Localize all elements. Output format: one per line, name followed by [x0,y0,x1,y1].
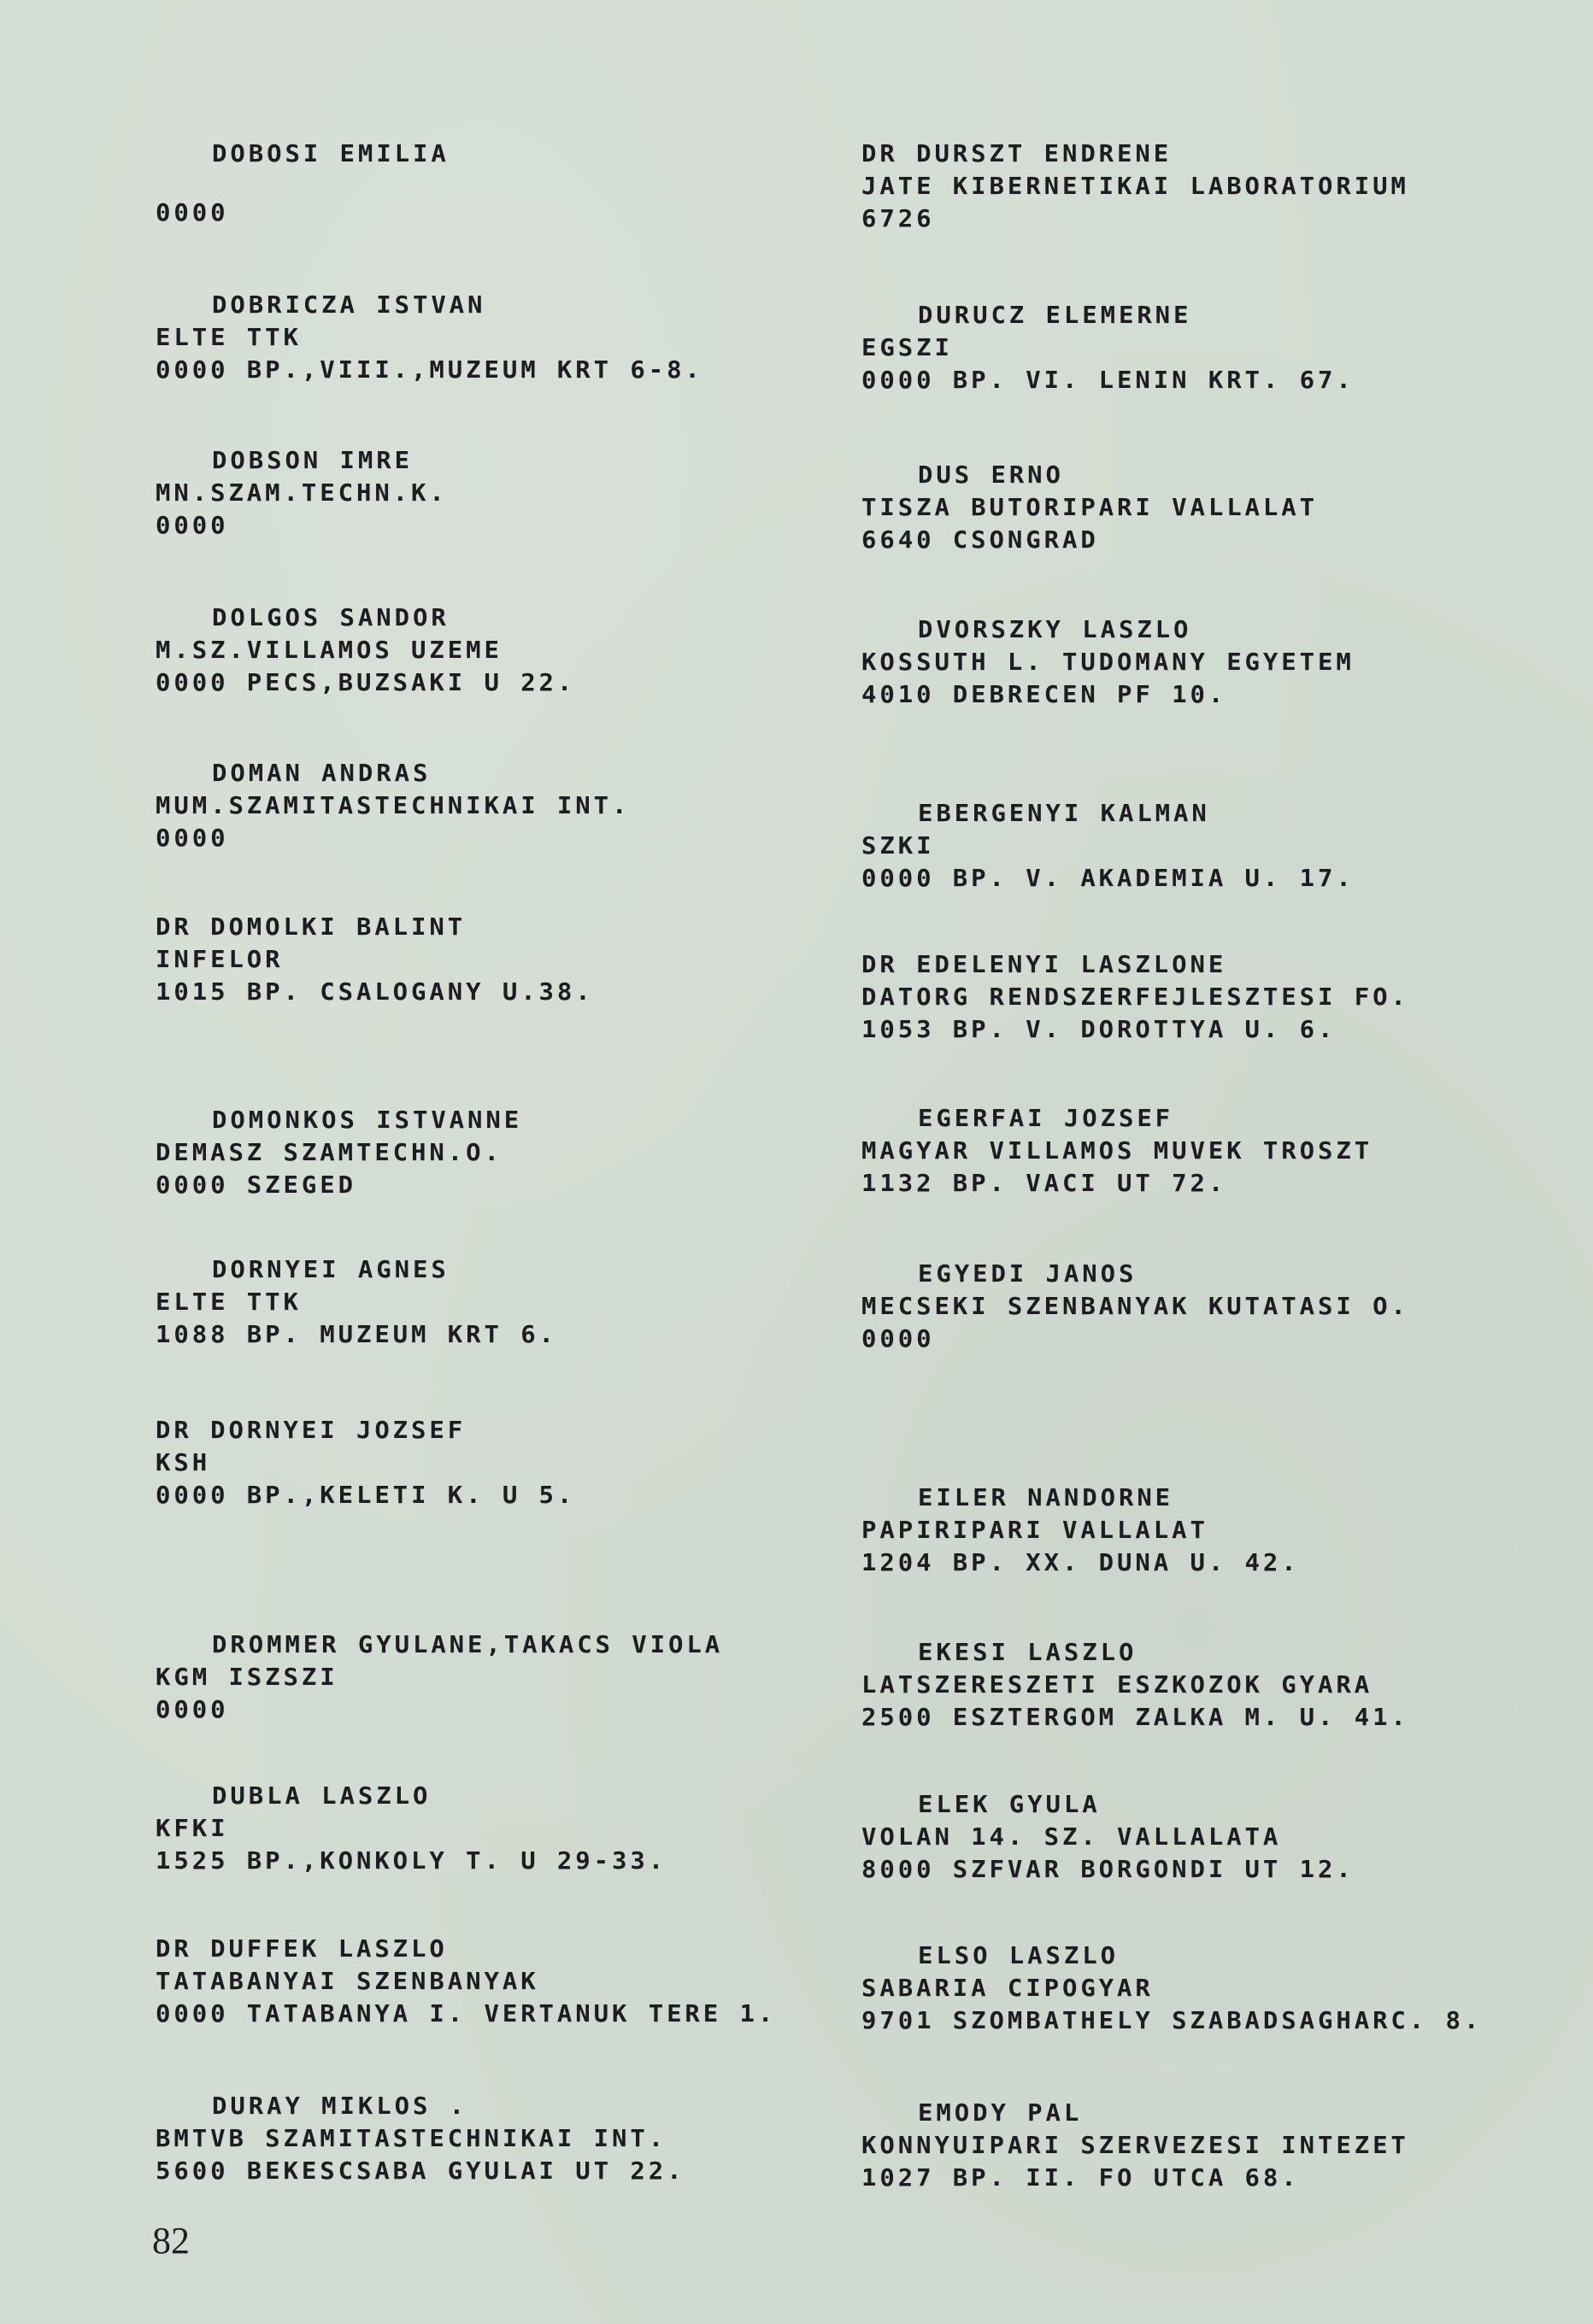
entry-name: DUBLA LASZLO [212,1784,431,1808]
entry-organization: ELTE TTK [156,326,302,349]
entry-address: 9701 SZOMBATHELY SZABADSAGHARC. 8. [861,2009,1482,2033]
entry-address: 0000 [861,1327,934,1351]
entry-name: DOMAN ANDRAS [212,761,431,785]
entry-name: DORNYEI AGNES [212,1258,450,1282]
entry-address: 0000 TATABANYA I. VERTANUK TERE 1. [156,2002,776,2026]
entry-address: 1027 BP. II. FO UTCA 68. [861,2166,1300,2190]
entry-address: 1015 BP. CSALOGANY U.38. [156,980,594,1004]
entry-name: DURAY MIKLOS . [212,2094,467,2118]
entry-address: 0000 [156,1698,228,1722]
entry-address: 1204 BP. XX. DUNA U. 42. [861,1551,1300,1575]
entry-organization: MUM.SZAMITASTECHNIKAI INT. [156,794,630,818]
entry-name: DR DUFFEK LASZLO [156,1937,448,1961]
entry-organization: DEMASZ SZAMTECHN.O. [156,1141,503,1165]
entry-address: 5600 BEKESCSABA GYULAI UT 22. [156,2159,685,2183]
entry-address: 0000 [156,514,228,537]
entry-name: DURUCZ ELEMERNE [918,303,1191,327]
entry-organization: TISZA BUTORIPARI VALLALAT [861,496,1318,519]
entry-name: DVORSZKY LASZLO [918,618,1191,642]
entry-organization: TATABANYAI SZENBANYAK [156,1969,539,1993]
entry-organization: EGSZI [861,336,953,360]
entry-address: 1088 BP. MUZEUM KRT 6. [156,1323,557,1347]
entry-organization: PAPIRIPARI VALLALAT [861,1518,1208,1542]
entry-organization: KGM ISZSZI [156,1665,338,1689]
entry-address: 0000 PECS,BUZSAKI U 22. [156,671,575,695]
entry-address: 6640 CSONGRAD [861,528,1099,552]
entry-organization: KFKI [156,1816,228,1840]
entry-address: 2500 ESZTERGOM ZALKA M. U. 41. [861,1705,1409,1729]
entry-address: 6726 [861,207,934,231]
entry-address: 1525 BP.,KONKOLY T. U 29-33. [156,1849,667,1873]
entry-organization: INFELOR [156,948,284,971]
entry-name: DOLGOS SANDOR [212,606,450,630]
entry-address: 0000 BP.,KELETI K. U 5. [156,1483,575,1507]
entry-name: DR EDELENYI LASZLONE [861,953,1226,977]
entry-organization: M.SZ.VILLAMOS UZEME [156,638,503,662]
entry-organization: MN.SZAM.TECHN.K. [156,481,448,505]
entry-address: 0000 BP. V. AKADEMIA U. 17. [861,866,1355,890]
entry-address: 4010 DEBRECEN PF 10. [861,683,1226,707]
entry-address: 1132 BP. VACI UT 72. [861,1171,1226,1195]
entry-organization: BMTVB SZAMITASTECHNIKAI INT. [156,2127,667,2151]
entry-address: 1053 BP. V. DOROTTYA U. 6. [861,1018,1336,1042]
entry-organization: MAGYAR VILLAMOS MUVEK TROSZT [861,1139,1373,1163]
entry-name: EILER NANDORNE [918,1486,1173,1510]
entry-address: 0000 BP.,VIII.,MUZEUM KRT 6-8. [156,358,703,382]
entry-organization: LATSZERESZETI ESZKOZOK GYARA [861,1673,1373,1697]
entry-address: 0000 [156,201,228,225]
entry-organization: KONNYUIPARI SZERVEZESI INTEZET [861,2133,1409,2157]
entry-name: DR DURSZT ENDRENE [861,142,1172,166]
entry-name: EBERGENYI KALMAN [918,801,1210,825]
entry-name: EGERFAI JOZSEF [918,1106,1173,1130]
entry-organization: SZKI [861,834,934,858]
entry-organization: DATORG RENDSZERFEJLESZTESI FO. [861,985,1409,1009]
directory-page: DOBOSI EMILIA0000DOBRICZA ISTVANELTE TTK… [0,0,1593,2324]
entry-name: DR DORNYEI JOZSEF [156,1418,466,1442]
entry-organization: VOLAN 14. SZ. VALLALATA [861,1825,1281,1849]
entry-name: DR DOMOLKI BALINT [156,915,466,939]
entry-address: 8000 SZFVAR BORGONDI UT 12. [861,1857,1355,1881]
entry-organization: SABARIA CIPOGYAR [861,1976,1154,2000]
entry-name: DROMMER GYULANE,TAKACS VIOLA [212,1633,723,1657]
entry-name: DOMONKOS ISTVANNE [212,1108,522,1132]
entry-organization: KSH [156,1451,210,1475]
entry-organization: MECSEKI SZENBANYAK KUTATASI O. [861,1294,1409,1318]
entry-name: DUS ERNO [918,463,1064,487]
entry-name: ELSO LASZLO [918,1944,1119,1968]
entry-name: EMODY PAL [918,2101,1082,2125]
entry-name: DOBSON IMRE [212,449,413,472]
entry-organization: ELTE TTK [156,1290,302,1314]
entry-name: ELEK GYULA [918,1793,1101,1816]
entry-organization: JATE KIBERNETIKAI LABORATORIUM [861,174,1409,198]
entry-address: 0000 [156,826,228,850]
entry-name: EKESI LASZLO [918,1640,1137,1664]
entry-address: 0000 BP. VI. LENIN KRT. 67. [861,368,1355,392]
entry-name: DOBOSI EMILIA [212,142,450,166]
entry-address: 0000 SZEGED [156,1173,356,1197]
page-number: 82 [152,2222,190,2260]
entry-name: EGYEDI JANOS [918,1262,1137,1286]
entry-organization: KOSSUTH L. TUDOMANY EGYETEM [861,650,1355,674]
entry-name: DOBRICZA ISTVAN [212,293,485,317]
